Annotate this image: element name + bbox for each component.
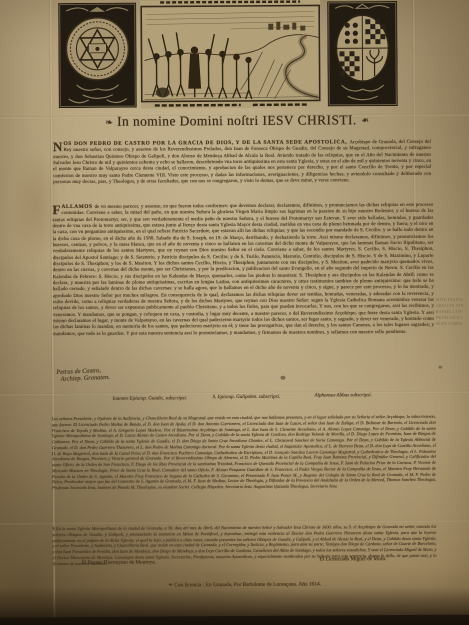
title-text: In nomine Domini noſtri IESV CHRISTI. [117, 112, 357, 128]
ink-blot [438, 366, 442, 369]
document-title: ❧ In nomine Domini noſtri IESV CHRISTI. … [48, 112, 426, 130]
drop-cap: N [53, 141, 64, 152]
broadside-paper: ❧ In nomine Domini noſtri IESV CHRISTI. … [0, 0, 469, 617]
opening-paragraph: NOS DON PEDRO DE CASTRO POR LA GRACIA DE… [53, 139, 431, 187]
drop-cap: F [52, 204, 61, 215]
ink-blot [280, 376, 285, 380]
document-photo: ❧ In nomine Domini noſtri IESV CHRISTI. … [0, 0, 469, 625]
notary-muro: El Licenciado Miguel de Muro. [320, 556, 387, 562]
procession-scene-engraving [140, 0, 321, 109]
sentencia-paragraph: FALLAMOS de vn mesmo parecer, y assenso,… [52, 202, 434, 338]
signature-bishop-guadix: Ioannes Episcop. Guadix. subscripsi. [113, 396, 187, 401]
witnesses-paragraph: Los señores Presidente, y Oydores de la … [52, 414, 436, 491]
margin-showthrough-text: MITE PAGINA GRECIAN VIII RAFAEL CON FRAN… [436, 297, 469, 328]
signature-line: Archiep. Granaten. [60, 374, 110, 383]
archbishop-arms-engraving [327, 1, 398, 106]
coat-of-arms-icon [327, 1, 398, 106]
sacromonte-seal-engraving [58, 3, 137, 108]
fleuron-icon: ❧ [105, 117, 113, 127]
signature-archbishop: Petrus de Castro, Archiep. Granaten. [56, 367, 110, 383]
notary-montoya: El Doctor Hieronymo de Montoya. [82, 559, 156, 565]
photo-shadow [0, 587, 469, 625]
hexagram-seal-icon [58, 3, 137, 108]
pilcrow-mark: ¶ [52, 526, 54, 531]
fleuron-icon: ❧ [360, 116, 368, 127]
sentencia-body: de vn mesmo parecer, y assenso, en que f… [52, 203, 434, 337]
signature-bishop-galipoli: S. Episcop. Galipolen. subscripsi. [213, 395, 281, 400]
marginalia-line: SEAN COMIN [436, 321, 469, 327]
sentencia-lead: ALLAMOS [61, 204, 94, 210]
martyrs-procession-icon [140, 0, 321, 109]
signature-abbot: Alphonsus Abbas subscripsi. [315, 393, 372, 398]
